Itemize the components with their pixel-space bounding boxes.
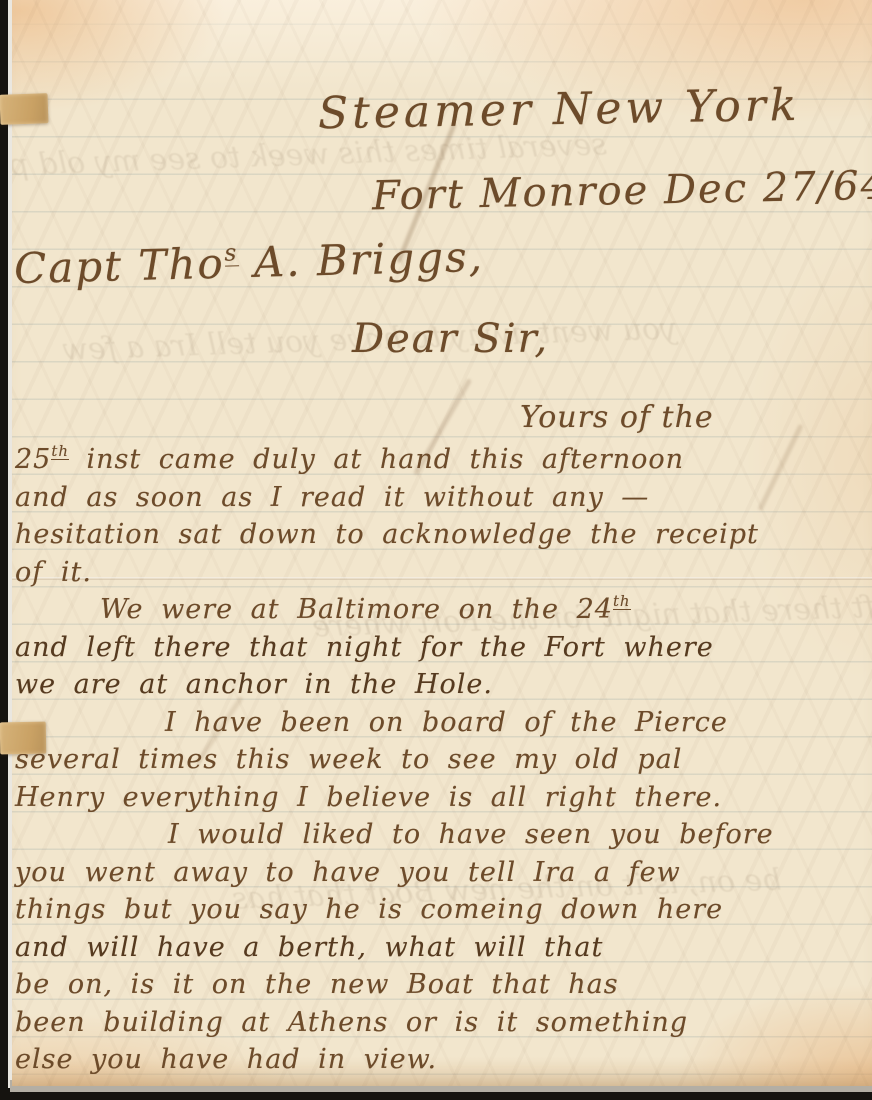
text-segment: We were at Baltimore on the 24 xyxy=(100,594,613,625)
letter-scan: several times this week to see my old pa… xyxy=(0,0,872,1100)
text-segment: else you have had in view. xyxy=(15,1044,437,1075)
letter-page: several times this week to see my old pa… xyxy=(12,0,872,1086)
superscript: th xyxy=(51,444,69,460)
text-segment: 25 xyxy=(15,444,51,475)
text-segment: inst came duly at hand this afternoon xyxy=(69,444,684,475)
letterhead-dateline: Fort Monroe Dec 27/64 xyxy=(372,163,872,220)
body-line: I have been on board of the Pierce xyxy=(15,704,867,742)
text-segment: you went away to have you tell Ira a few xyxy=(15,857,681,888)
tape-top-left xyxy=(0,93,49,125)
body-line: things but you say he is comeing down he… xyxy=(15,891,867,929)
letterhead-vessel: Steamer New York xyxy=(318,80,801,139)
body-line: been building at Athens or is it somethi… xyxy=(15,1004,867,1042)
body-line: hesitation sat down to acknowledge the r… xyxy=(15,516,867,554)
body-line: and as soon as I read it without any — xyxy=(15,479,867,517)
text-segment: hesitation sat down to acknowledge the r… xyxy=(15,519,759,550)
text-segment: be on, is it on the new Boat that has xyxy=(15,969,619,1000)
body-line: you went away to have you tell Ira a few xyxy=(15,854,867,892)
text-segment: and will have a berth, what will that xyxy=(15,932,603,963)
text-segment: I would liked to have seen you before xyxy=(168,819,774,850)
body-line: be on, is it on the new Boat that has xyxy=(15,966,867,1004)
body-line: I would liked to have seen you before xyxy=(15,816,867,854)
text-segment: and as soon as I read it without any — xyxy=(15,482,649,513)
body-line: of it. xyxy=(15,554,867,592)
body-line: several times this week to see my old pa… xyxy=(15,741,867,779)
text-segment: and left there that night for the Fort w… xyxy=(15,632,714,663)
text-segment: several times this week to see my old pa… xyxy=(15,744,682,775)
body-line: 25th inst came duly at hand this afterno… xyxy=(15,441,867,479)
superscript: s xyxy=(224,242,238,266)
text-segment: things but you say he is comeing down he… xyxy=(15,894,723,925)
superscript: th xyxy=(613,594,631,610)
body-line: and left there that night for the Fort w… xyxy=(15,629,867,667)
recipient-line: Capt Thos A. Briggs, xyxy=(13,232,484,293)
text-segment: we are at anchor in the Hole. xyxy=(15,669,493,700)
body-line: and will have a berth, what will that xyxy=(15,929,867,967)
text-segment: been building at Athens or is it somethi… xyxy=(15,1007,688,1038)
tape-mid-left xyxy=(0,722,46,755)
body-line: We were at Baltimore on the 24th xyxy=(15,591,867,629)
text-segment: I have been on board of the Pierce xyxy=(165,707,728,738)
text-segment: Capt Tho xyxy=(13,239,225,293)
body-line: we are at anchor in the Hole. xyxy=(15,666,867,704)
body-line: Henry everything I believe is all right … xyxy=(15,779,867,817)
opening-phrase: Yours of the xyxy=(520,400,714,435)
letter-body: 25th inst came duly at hand this afterno… xyxy=(15,441,867,1079)
salutation: Dear Sir, xyxy=(352,316,549,362)
text-segment: A. Briggs, xyxy=(238,232,485,287)
text-segment: Henry everything I believe is all right … xyxy=(15,782,722,813)
body-line: else you have had in view. xyxy=(15,1041,867,1079)
text-segment: of it. xyxy=(15,557,92,588)
